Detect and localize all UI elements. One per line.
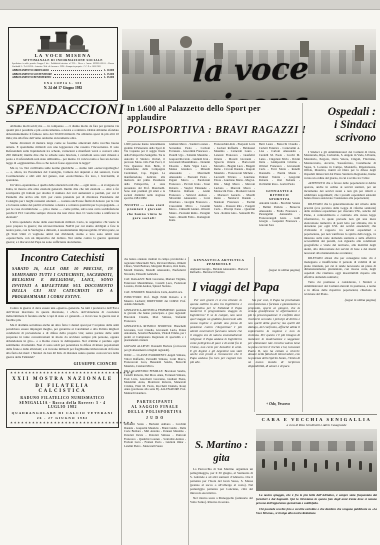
left-column: SPENDACCIONI Abbiamo molti soldi; ma — i… [6, 102, 119, 428]
newspaper-page: LA VOCE MISENA SETTIMANALE DI INFORMAZIO… [0, 0, 380, 545]
paragraph: Ma sì, va. Noi cavilliamo sulle norme gi… [6, 167, 119, 183]
box-body: SABATO 26, ALLE ORE 10 PRECISE, IN SEMIN… [12, 266, 113, 299]
beach-photo [256, 429, 377, 491]
issue-number: N. 24 del 17 Giugno 1982 [12, 86, 114, 90]
mostra-line3: RADUNO FILATELICO NUMISMATICO [10, 396, 115, 400]
rate-price: L. 10.000 [104, 69, 114, 72]
paragraph: RILEVATO altresì che per conseguire tutt… [304, 257, 376, 280]
dotted-leader [53, 77, 102, 78]
martino-article: S. Martino : gita La Parrocchia di San M… [190, 440, 253, 507]
rate-benemerito: ABBONAMENTO BENEMERITO L. 25.000 [12, 76, 114, 79]
polisportiva-report: 1.600 persone hanno letteralmente gremit… [124, 143, 300, 255]
section-subtitle: a cura di Rino Girolimetti e Adrio Casag… [256, 423, 377, 427]
rate-price: L. 15.000 [104, 73, 114, 76]
paragraph: «RITENUTO che a favore delle popolazioni… [304, 182, 376, 201]
papa-pre-block: GINNASTICA ARTISTICA FEMMINILE Andreani … [190, 258, 300, 275]
newspaper-title: la voce misena [129, 50, 372, 100]
paragraph: La Parrocchia di San Martino organizza u… [190, 468, 253, 495]
list-item: GINNASTICA RITMICO SPORTIVA: Bianchelli … [124, 325, 186, 343]
masthead-info: Spedizione in abb. postale Gruppo I bis … [12, 63, 114, 69]
right-column: Ospedali : i Sindaci scrivono I Sindaci … [304, 106, 376, 302]
scan-edge [0, 0, 380, 10]
rocca-roveresca-illustration [37, 30, 89, 52]
poli-col4-names2: Antonini Giulia - Bacchini Serena - Bell… [259, 201, 300, 227]
papa-body: Per vari giorni ci si era chiesto: in qu… [190, 299, 300, 401]
list-item: CAT. RAGAZZI: Betti Giovanna, Mariani Vi… [124, 278, 186, 289]
judo-participants-heading: PARTECIPANTI AL SAGGIO FINALE DELLA POLI… [124, 400, 186, 422]
paragraph: L’altra spenderia viene dalle esercitazi… [6, 221, 119, 244]
caption-paragraph: La nostra spiaggia, che è fra le più bel… [256, 493, 377, 505]
subhead-nuoto: NUOTO — sono stati premiati i giovani ch… [124, 203, 165, 220]
paragraph: I Sindaci e gli Amministratori dei Comun… [304, 151, 376, 181]
dotted-leader [51, 70, 102, 71]
subhead-ginnastica-ritmico: GINNASTICA RITMICO SPORTIVA [259, 189, 300, 202]
papa-article: GINNASTICA ARTISTICA FEMMINILE Andreani … [190, 258, 300, 406]
papa-signature: + Odo, Vescovo [190, 402, 290, 406]
list-item: JUDO — CLASSE ESORDIENTI: Angeli Simone,… [124, 354, 186, 369]
photo-caption: La nostra spiaggia, che è fra le più bel… [256, 493, 377, 515]
paragraph: Per vari giorni ci si era chiesto: in qu… [190, 299, 242, 365]
incontro-catechisti-box: Incontro Catechisti SABATO 26, ALLE ORE … [6, 248, 119, 305]
list-item: CAT. JUNIORES: Mancinforte Carla, Anelli… [124, 291, 186, 295]
mostra-line5: QUADRANGOLARE DI CALCIO VETERANI [10, 411, 115, 415]
heading-line: DELLA POLISPORTIVA [124, 410, 186, 415]
column-rule-mid1 [188, 257, 189, 545]
headline-rule [127, 141, 300, 142]
title-line: scrivono [304, 132, 376, 145]
list-item: GIOVANI ALLIEVE: Donatelli Barbara (conv… [124, 345, 186, 352]
paragraph: Nel ritorno sosta a Manoppello (santuari… [190, 497, 253, 505]
poli-col2: Giuliani Marco - Santini Lorenzo - Sorre… [169, 143, 210, 255]
paragraph: RILEVATO che la generalizzazione del cri… [304, 203, 376, 256]
paragraph: Un’altra «spenderia» è quella delle elez… [6, 184, 119, 219]
masthead-box: LA VOCE MISENA SETTIMANALE DI INFORMAZIO… [8, 27, 118, 101]
mostra-line6: 26 - 27 GIUGNO 1982 [10, 416, 115, 420]
heading-line: J U D O [124, 416, 186, 421]
list-item: PALLACANESTRO FEMM.LE: Bracaloni Sandra,… [124, 370, 186, 395]
ginnastica-artistica-block: GINNASTICA ARTISTICA FEMMINILE Andreani … [190, 258, 248, 275]
mostra-line2: DI FILATELIA CALCISTICA [10, 384, 115, 394]
copy-price: UNA COPIA L. 300 [12, 81, 114, 85]
ginnastica-names: Andreani Giorgia - Baldoni Alessandra - … [190, 267, 248, 275]
spendaccioni-body-2: Contro la guerra ci deve essere una «gue… [6, 307, 119, 359]
rate-label: ABBONAMENTO ORDINARIO [12, 69, 49, 72]
article-signature: GIUSEPPE CIONCHI [6, 362, 117, 366]
rate-ordinario: ABBONAMENTO ORDINARIO L. 10.000 [12, 69, 114, 72]
star-divider: ✶✶✶✶✶✶✶✶✶✶✶✶✶✶✶✶✶✶✶✶✶✶✶✶✶✶✶✶✶✶✶✶✶✶ [10, 422, 115, 425]
paragraph: Contro la guerra ci deve essere una «gue… [6, 307, 119, 323]
continua-note: (segue in ultima pagina) [304, 298, 376, 302]
spendaccioni-body: Abbiamo molti soldi; ma — in compenso — … [6, 125, 119, 245]
star-divider: ✶✶✶✶✶✶✶✶✶✶✶✶✶✶✶✶✶✶✶✶✶✶✶✶✶✶✶✶✶✶✶✶✶✶ [10, 372, 115, 375]
box-title: Incontro Catechisti [12, 253, 113, 264]
article-title-spendaccioni: SPENDACCIONI [6, 102, 119, 122]
cara-vecchia-senigallia: CARA E VECCHIA SENIGALLIA a cura di Rino… [256, 414, 377, 517]
title-line: gita [190, 453, 253, 466]
rate-price: L. 25.000 [104, 76, 114, 79]
mostra-line1: XXII MOSTRA NAZIONALE [10, 377, 115, 382]
caption-paragraph: Chi possiede vecchie foto o vecchie cart… [256, 507, 377, 515]
rate-label: ABBONAMENTO BENEMERITO [12, 76, 51, 79]
poli-col3: Franceschini Aldo - Pierpaoli Loris - Lu… [214, 143, 255, 255]
list-item: GINNASTICA ARTISTICA FEMMINILE: premiate… [124, 309, 186, 324]
paragraph: Abbiamo molti soldi; ma — in compenso — … [6, 125, 119, 141]
poli-intro: 1.600 persone hanno letteralmente gremit… [124, 143, 165, 200]
martino-body: La Parrocchia di San Martino organizza u… [190, 468, 253, 505]
masthead-tagline: SETTIMANALE DI INFORMAZIONE SOCIALE [12, 58, 114, 62]
paragraph: Tutto ciò premesso e considerato, i Sind… [304, 281, 376, 296]
headline-kicker: In 1.600 al Palazzetto dello Sport per a… [127, 104, 300, 122]
list-item: che hanno ottenuto risultati in campo pr… [124, 258, 186, 276]
headline-title: POLISPORTIVA : BRAVI RAGAZZI ! [127, 125, 300, 136]
paragraph: Sia pur così, il Papa ha proclamato con … [248, 299, 300, 369]
column-rule-left [121, 103, 122, 545]
beach-awnings [256, 441, 377, 451]
rate-sostenitore: ABBONAMENTO SOSTENITORE L. 15.000 [12, 73, 114, 76]
paragraph: Siamo diventati di manica larga come se … [6, 142, 119, 165]
section-rule [256, 414, 377, 415]
paragraph: Ma il dramma sottolinea anche un altro f… [6, 324, 119, 359]
mostra-line4: SENIGALLIA - Rocca della Rovere: 3 - 4 L… [10, 401, 115, 409]
headline-block: In 1.600 al Palazzetto dello Sport per a… [127, 104, 300, 136]
title-line: S. Martino : [190, 440, 253, 453]
premiati-lists-column: che hanno ottenuto risultati in campo pr… [124, 258, 186, 541]
ospedali-body: I Sindaci e gli Amministratori dei Comun… [304, 151, 376, 297]
judo-names: Albonetti Sonia - Barbanti Adriano - Cec… [124, 423, 186, 448]
title-line: Ospedali : [304, 106, 376, 119]
poli-col4-names: Betti Laura - Baiocchi Claudia - Carlett… [259, 143, 300, 186]
banner-dome [180, 36, 192, 48]
article-title-ospedali: Ospedali : i Sindaci scrivono [304, 106, 376, 146]
mostra-filatelia-box: ✶✶✶✶✶✶✶✶✶✶✶✶✶✶✶✶✶✶✶✶✶✶✶✶✶✶✶✶✶✶✶✶✶✶ XXII … [6, 369, 119, 429]
poli-col1: 1.600 persone hanno letteralmente gremit… [124, 143, 165, 255]
column-rule-right [302, 103, 303, 412]
continua-note: (segue in ultima pagina) [252, 258, 300, 275]
title-line: i Sindaci [304, 119, 376, 132]
banner-photo: la voce misena [122, 29, 376, 100]
section-title: CARA E VECCHIA SENIGALLIA [256, 417, 377, 422]
list-item: ISTRUTTORI: Prof. Degli Emili Roberto e … [124, 296, 186, 307]
article-title-martino: S. Martino : gita [190, 440, 253, 465]
poli-col4: Betti Laura - Baiocchi Claudia - Carlett… [259, 143, 300, 255]
article-title-papa: I viaggi del Papa [192, 280, 300, 295]
beach-people [262, 459, 265, 468]
rate-label: ABBONAMENTO SOSTENITORE [12, 73, 52, 76]
subhead-ginnastica-artistica: GINNASTICA ARTISTICA FEMMINILE [190, 258, 248, 267]
banner-towers [150, 39, 159, 55]
dotted-leader [54, 74, 102, 75]
